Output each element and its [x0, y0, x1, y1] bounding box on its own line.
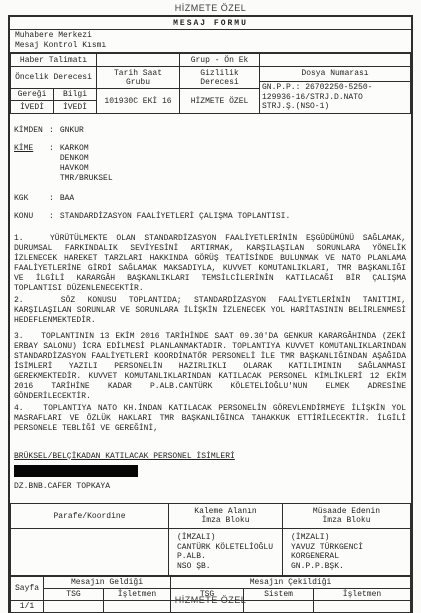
message-body: KİMDEN:GNKUR KİME: KARKOM DENKOM HAVKOM …: [10, 126, 411, 503]
konu-row: KONU:STANDARDİZASYON FAALİYETLERİ ÇALIŞM…: [14, 212, 406, 222]
kaleme-imza-bloku: (İMZALI) CANTÜRK KÖLETELİOĞLU P.ALB. NSO…: [169, 529, 283, 576]
bilgi-value: İVEDİ: [54, 101, 97, 114]
mesajin-geldigi-header: Mesajın Geldiği: [44, 577, 171, 589]
haber-talimati-label: Haber Talimatı: [11, 54, 97, 67]
gizlilik-value: HİZMETE ÖZEL: [180, 89, 260, 114]
kime-label: KİME: [14, 144, 49, 154]
kime-values: KARKOM DENKOM HAVKOM TMR/BRUKSEL: [60, 144, 113, 184]
scanned-document-page: HİZMETE ÖZEL MESAJ FORMU Muhabere Merkez…: [0, 0, 421, 613]
konu-label: KONU: [14, 212, 49, 222]
paragraph-4: 4. TOPLANTIYA NATO KH.İNDAN KATILACAK PE…: [14, 404, 406, 434]
signature-table: Parafe/Koordine Kaleme Alanın İmza Bloku…: [10, 503, 411, 576]
tarih-saat-grubu-label: Tarih Saat Grubu: [97, 67, 180, 89]
bilgi-label: Bilgi: [54, 89, 97, 101]
mesaj-formu: MESAJ FORMU Muhabere Merkezi Mesaj Kontr…: [8, 15, 413, 613]
parafe-koordine-header: Parafe/Koordine: [11, 504, 169, 529]
office-block: Muhabere Merkezi Mesaj Kontrol Kısmı: [10, 30, 411, 53]
musaade-edenin-header: Müsaade Edenin İmza Bloku: [283, 504, 411, 529]
paragraph-3: 3. TOPLANTININ 13 EKİM 2016 TARİHİNDE SA…: [14, 332, 406, 402]
konu-value: STANDARDİZASYON FAALİYETLERİ ÇALIŞMA TOP…: [60, 212, 290, 222]
geregi-label: Gereği: [11, 89, 54, 101]
header-table: Haber Talimatı Grup - Ön Ek Öncelik Dere…: [10, 53, 411, 114]
parafe-koordine-cell: [11, 529, 169, 576]
dosya-numarasi-cell: Dosya Numarası GN.P.P.: 26702250-5250- 1…: [260, 67, 411, 114]
grup-on-ek-label: Grup - Ön Ek: [180, 54, 260, 67]
kimden-value: GNKUR: [60, 126, 84, 136]
grup-on-ek-value-cell: [260, 54, 411, 67]
haber-talimati-value-cell: [97, 54, 180, 67]
office-line-1: Muhabere Merkezi: [15, 31, 411, 41]
dosya-numarasi-value: GN.P.P.: 26702250-5250- 129936-16/STRJ.D…: [260, 82, 410, 112]
personel-name: DZ.BNB.CAFER TOPKAYA: [14, 482, 406, 492]
kaleme-alanin-header: Kaleme Alanın İmza Bloku: [169, 504, 283, 529]
kime-value: KARKOM: [60, 144, 113, 154]
kgk-value: BAA: [60, 194, 74, 204]
kime-value: TMR/BRUKSEL: [60, 174, 113, 184]
gizlilik-derecesi-label: Gizlilik Derecesi: [180, 67, 260, 89]
oncelik-derecesi-label: Öncelik Derecesi: [11, 67, 97, 89]
classification-banner-bottom: HİZMETE ÖZEL: [0, 595, 421, 605]
paragraph-2: 2. SÖZ KONUSU TOPLANTIDA; STANDARDİZASYO…: [14, 296, 406, 326]
paragraph-1: 1. YÜRÜTÜLMEKTE OLAN STANDARDİZASYON FAA…: [14, 234, 406, 294]
geregi-value: İVEDİ: [11, 101, 54, 114]
mesajin-cekildigi-header: Mesajın Çekildiği: [171, 577, 411, 589]
kime-row: KİME: KARKOM DENKOM HAVKOM TMR/BRUKSEL: [14, 144, 406, 184]
kgk-row: KGK:BAA: [14, 194, 406, 204]
redacted-name-bar: [14, 465, 138, 477]
dosya-numarasi-label: Dosya Numarası: [260, 67, 410, 82]
kgk-label: KGK: [14, 194, 49, 204]
attendees-heading: BRÜKSEL/BELÇİKADAN KATILACAK PERSONEL İS…: [14, 452, 406, 462]
kimden-row: KİMDEN:GNKUR: [14, 126, 406, 136]
form-title: MESAJ FORMU: [10, 17, 411, 30]
kimden-label: KİMDEN: [14, 126, 49, 136]
kime-value: DENKOM: [60, 154, 113, 164]
musaade-imza-bloku: (İMZALI) YAVUZ TÜRKGENCİ KORGENERAL GN.P…: [283, 529, 411, 576]
office-line-2: Mesaj Kontrol Kısmı: [15, 41, 411, 51]
tarih-saat-value: 101930C EKİ 16: [97, 89, 180, 114]
classification-banner-top: HİZMETE ÖZEL: [0, 3, 421, 13]
kime-value: HAVKOM: [60, 164, 113, 174]
